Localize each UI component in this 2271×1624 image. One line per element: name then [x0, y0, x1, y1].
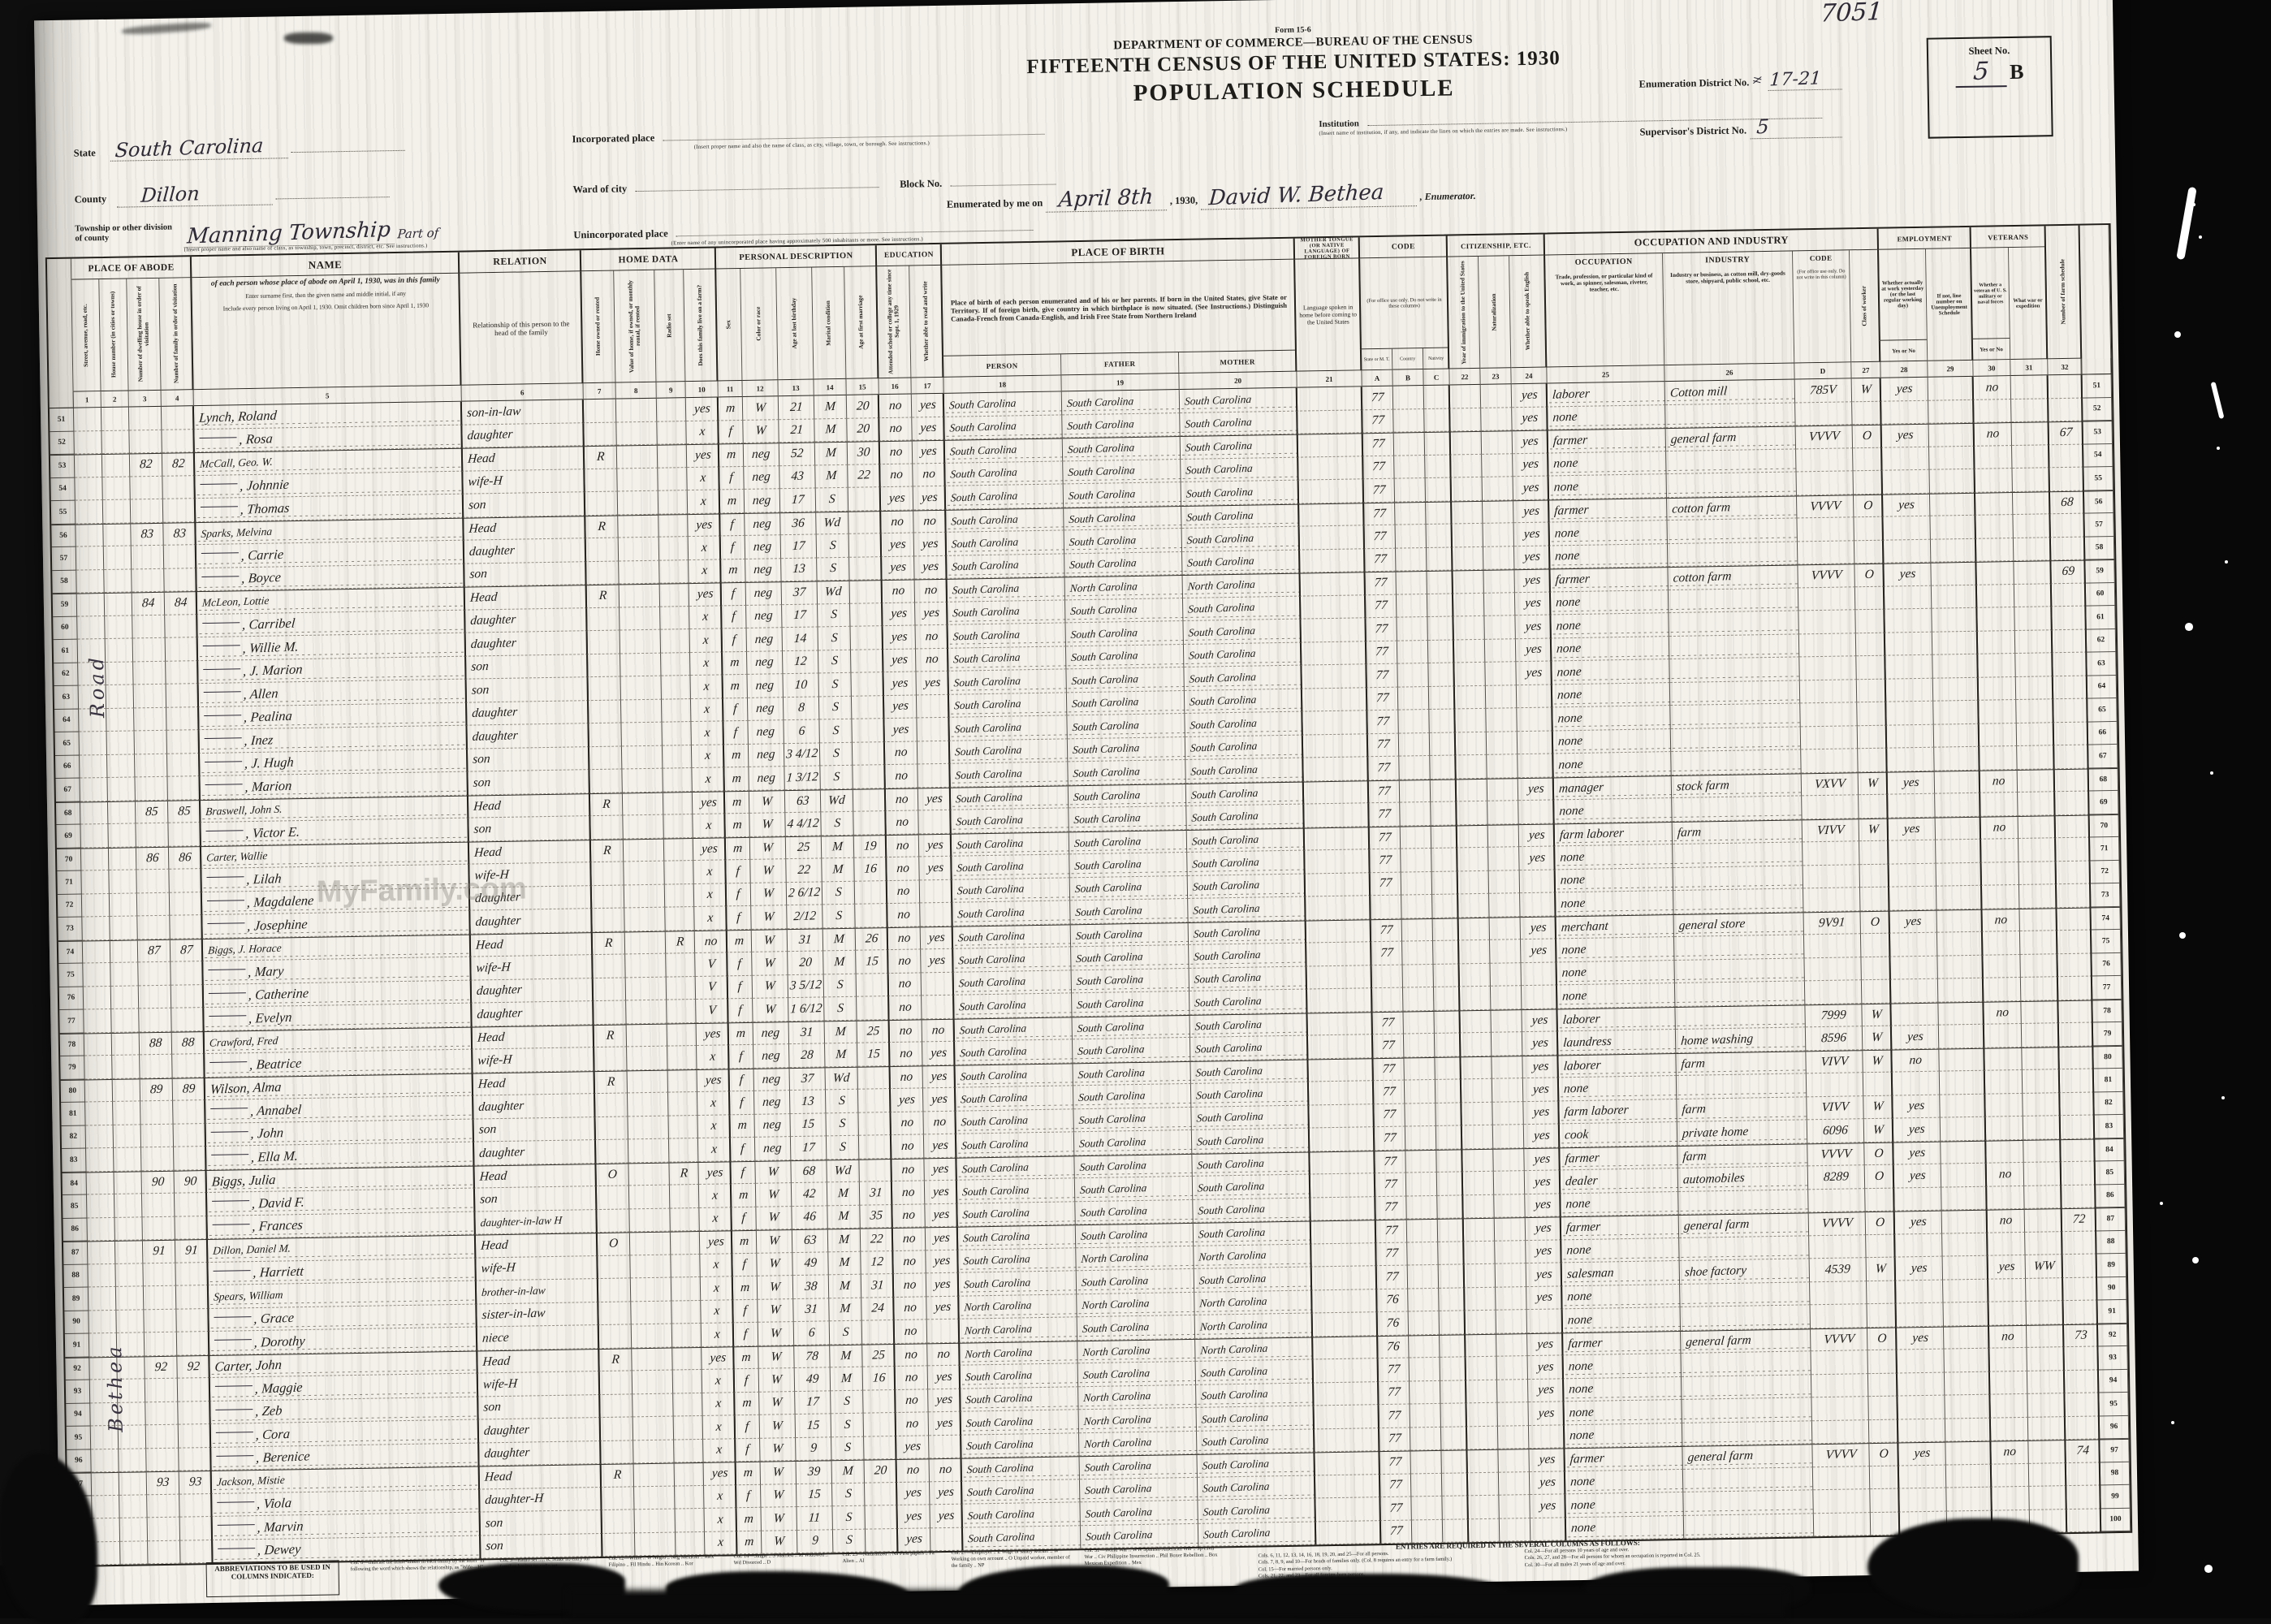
cell-st: [83, 963, 110, 987]
cell-mar: S: [818, 627, 851, 650]
cell-nat: [1487, 732, 1518, 755]
handwritten-value: South Carolina: [952, 605, 1020, 620]
handwritten-value: 20: [798, 955, 812, 970]
cell-mar: S: [821, 812, 853, 836]
handwritten-value: none: [1567, 1289, 1592, 1305]
cell-unemp: [1936, 816, 1981, 840]
cell-sch: yes: [895, 1436, 929, 1459]
cell-dw: 84: [132, 592, 165, 615]
handwritten-value: 77: [1384, 1200, 1398, 1216]
cell-fam: [178, 1401, 210, 1424]
handwritten-value: f: [732, 586, 736, 601]
cell-cA: [1371, 965, 1403, 988]
cell-bp: South Carolina: [948, 739, 1068, 764]
handwritten-value: f: [736, 864, 740, 879]
cell-fs: [2062, 1254, 2097, 1277]
handwritten-value: R: [613, 1468, 622, 1483]
handwritten-value: South Carolina: [1073, 788, 1140, 804]
cell-farm: x: [701, 1300, 733, 1324]
handwritten-value: , Annabel: [250, 1101, 302, 1119]
cell-sch: no: [881, 579, 915, 603]
cell-fam: [164, 568, 196, 592]
ditto-line: [205, 737, 242, 739]
cell-bf: South Carolina: [1067, 714, 1185, 739]
cell-fs: [2055, 884, 2091, 908]
cell-aam: [853, 788, 886, 812]
cell-unemp: [1932, 585, 1977, 608]
cell-race: neg: [747, 628, 783, 651]
handwritten-value: South Carolina: [967, 1507, 1034, 1522]
cell-bp: South Carolina: [946, 600, 1065, 625]
cell-vet: [1983, 1024, 2022, 1047]
cell-mar: M: [830, 1344, 862, 1367]
cell-work: [1889, 979, 1938, 1003]
cell-farm: V: [696, 976, 728, 1000]
cell-cB: [1409, 1334, 1440, 1358]
cell-unemp: [1945, 1395, 1990, 1419]
cell-mar: S: [831, 1414, 864, 1437]
cell-imm: [1449, 385, 1481, 408]
handwritten-value: 12: [793, 654, 807, 670]
cell-nat: [1483, 523, 1514, 546]
cell-own: O: [594, 1163, 628, 1186]
cell-vet: [1975, 585, 2014, 608]
cell-sex: f: [729, 1160, 755, 1184]
cell-lang: [1304, 896, 1371, 920]
cell-race: W: [759, 1392, 795, 1415]
handwritten-value: f: [738, 979, 743, 994]
handwritten-value: m: [728, 563, 738, 577]
handwritten-value: M: [826, 469, 837, 483]
cell-fam: 93: [179, 1471, 212, 1494]
handwritten-value: 93: [188, 1475, 202, 1490]
cell-bm: North Carolina: [1194, 1290, 1312, 1315]
handwritten-value: 77: [1388, 1455, 1402, 1471]
handwritten-value: M: [840, 1371, 852, 1386]
unincorporated-label: Unincorporated place: [573, 227, 668, 240]
cell-farm: x: [686, 421, 719, 444]
handwritten-value: yes: [1524, 596, 1541, 611]
handwritten-value: 77: [1371, 437, 1385, 452]
cell-val: [627, 1023, 667, 1047]
cell-farm: x: [704, 1508, 736, 1531]
cell-vet: no: [1972, 376, 2011, 400]
cell-race: neg: [749, 767, 784, 790]
handwritten-value: none: [1554, 525, 1579, 541]
cell-code: 4539: [1810, 1258, 1867, 1282]
cell-ind: [1681, 1351, 1811, 1376]
cell-aam: [863, 1389, 896, 1413]
cell-cA: 76: [1375, 1289, 1408, 1312]
cell-val: [626, 1000, 667, 1024]
handwritten-value: S: [838, 1094, 845, 1108]
cell-age: 21: [779, 419, 814, 443]
cell-bm: South Carolina: [1191, 1105, 1309, 1130]
cell-cA: 77: [1362, 456, 1394, 479]
cell-rw: yes: [925, 1181, 957, 1204]
handwritten-value: daughter: [467, 427, 513, 443]
handwritten-value: 77: [1389, 1524, 1403, 1540]
cell-val: [622, 745, 663, 769]
cell-fam: 89: [173, 1078, 205, 1101]
cell-fs: [2065, 1485, 2100, 1509]
column-number: 28: [1880, 361, 1928, 378]
handwritten-value: f: [740, 1142, 745, 1156]
cell-cls: W: [1852, 378, 1881, 402]
handwritten-value: R: [602, 797, 611, 811]
handwritten-value: South Carolina: [1195, 1064, 1263, 1079]
cell-vet: no: [1988, 1324, 2027, 1348]
cell-occ: none: [1548, 520, 1667, 546]
cell-sch: no: [887, 996, 922, 1019]
cell-code: 7999: [1805, 1004, 1862, 1028]
col25-desc: Trade, profession, or particular kind of…: [1550, 272, 1657, 293]
cell-war: [2018, 769, 2055, 793]
cell-imm: [1465, 1357, 1497, 1380]
cell-vet: [1988, 1371, 2027, 1394]
county-value: Dillon: [116, 182, 273, 208]
line-number-left: 80: [61, 1079, 85, 1103]
handwritten-value: none: [1570, 1497, 1595, 1513]
cell-work: [1885, 678, 1933, 702]
cell-imm: [1459, 1056, 1492, 1079]
cell-dw: [136, 823, 168, 847]
handwritten-value: none: [1570, 1521, 1595, 1536]
cell-ind: Cotton mill: [1665, 379, 1795, 404]
handwritten-value: x: [707, 910, 714, 925]
cell-cC: [1431, 848, 1457, 871]
handwritten-value: x: [703, 656, 710, 671]
handwritten-value: M: [835, 1047, 847, 1062]
cell-sch: no: [883, 764, 917, 788]
cell-bf: South Carolina: [1069, 806, 1186, 831]
cell-war: [2024, 1162, 2062, 1186]
handwritten-value: yes: [934, 1276, 951, 1292]
cell-work: [1898, 1488, 1946, 1512]
cell-age: 38: [793, 1275, 829, 1298]
cell-sch: no: [878, 395, 912, 418]
col28-sub: Yes or No: [1879, 340, 1928, 362]
cell-war: [2014, 538, 2051, 561]
cell-vet: [1973, 469, 2012, 492]
cell-hn: [108, 823, 136, 847]
cell-occ: laborer: [1556, 1007, 1675, 1032]
cell-nat: [1496, 1310, 1527, 1333]
cell-cB: [1404, 1034, 1435, 1057]
handwritten-value: f: [745, 1373, 749, 1388]
column-number: 15: [846, 378, 879, 395]
cell-cls: O: [1860, 910, 1889, 934]
line-number-left: 84: [63, 1172, 87, 1195]
cell-fs: [2053, 792, 2089, 815]
line-number-left: 79: [60, 1056, 84, 1080]
cell-cls: O: [1865, 1165, 1894, 1189]
handwritten-value: none: [1563, 1081, 1588, 1096]
cell-imm: [1466, 1449, 1498, 1473]
handwritten-value: x: [715, 1373, 721, 1388]
cell-aam: [853, 811, 886, 835]
handwritten-value: yes: [919, 398, 936, 413]
handwritten-value: yes: [707, 1235, 724, 1250]
cell-fs: [2058, 1092, 2094, 1116]
cell-unemp: [1930, 516, 1975, 539]
cell-aam: [855, 881, 887, 905]
cell-age: 9: [797, 1530, 833, 1553]
handwritten-value: 77: [1385, 1269, 1399, 1285]
handwritten-value: Wilson, Alma: [209, 1078, 282, 1097]
handwritten-value: 77: [1387, 1385, 1401, 1401]
cell-occ: none: [1557, 1076, 1677, 1101]
cell-bf: South Carolina: [1077, 1269, 1194, 1294]
handwritten-value: m: [730, 679, 740, 693]
handwritten-value: South Carolina: [1074, 880, 1142, 896]
handwritten-value: South Carolina: [1078, 1112, 1146, 1127]
cell-rel: son: [467, 816, 590, 841]
cell-hn: [106, 638, 133, 662]
handwritten-value: South Carolina: [961, 1160, 1029, 1176]
cell-age: 28: [789, 1043, 825, 1067]
handwritten-value: O: [1870, 914, 1880, 929]
cell-radio: R: [666, 931, 695, 954]
handwritten-value: , Evelyn: [248, 1009, 293, 1027]
cell-bp: South Carolina: [944, 484, 1064, 509]
col20-header: MOTHER: [1179, 351, 1297, 374]
col26-title: INDUSTRY: [1705, 255, 1750, 265]
cell-mar: S: [831, 1390, 863, 1414]
cell-sex: m: [732, 1276, 758, 1300]
cell-bm: South Carolina: [1185, 712, 1302, 737]
cell-fam: [176, 1309, 209, 1332]
handwritten-value: South Carolina: [1079, 1181, 1146, 1197]
cell-bf: South Carolina: [1078, 1362, 1196, 1387]
cell-bp: South Carolina: [956, 1248, 1076, 1273]
cell-dw: [136, 870, 169, 893]
column-number: 31: [2010, 359, 2048, 376]
handwritten-value: f: [730, 517, 735, 532]
cell-code: [1803, 865, 1860, 889]
handwritten-value: South Carolina: [1188, 601, 1255, 616]
handwritten-value: f: [732, 609, 736, 624]
cell-sex: m: [735, 1508, 761, 1531]
column-number: 9: [656, 382, 685, 399]
col18-header: PERSON: [942, 354, 1061, 377]
handwritten-value: South Carolina: [1200, 1364, 1267, 1380]
cell-bf: South Carolina: [1064, 506, 1181, 531]
handwritten-value: North Carolina: [1081, 1250, 1149, 1266]
handwritten-value: Head: [468, 520, 497, 536]
cell-sex: m: [728, 1114, 754, 1138]
cell-sex: f: [726, 952, 752, 976]
handwritten-value: South Carolina: [1191, 832, 1259, 848]
cell-own: [585, 561, 619, 585]
cell-aam: [848, 487, 881, 511]
handwritten-value: 3 4/12: [785, 746, 818, 762]
handwritten-value: M: [839, 1255, 850, 1270]
cell-own: [597, 1278, 631, 1302]
cell-age: 31: [789, 1021, 825, 1044]
handwritten-value: South Carolina: [955, 744, 1022, 759]
cell-fam: [163, 499, 196, 522]
cell-cA: 77: [1367, 803, 1400, 827]
cell-fs: [2054, 838, 2090, 862]
cell-mar: S: [826, 1090, 858, 1113]
handwritten-value: no: [899, 1046, 913, 1061]
column-number: 1: [74, 391, 101, 408]
cell-cls: [1859, 841, 1889, 865]
cell-sch: yes: [896, 1505, 930, 1528]
cell-bp: South Carolina: [947, 646, 1066, 672]
cell-st: [80, 732, 107, 755]
cell-race: neg: [754, 1114, 790, 1138]
handwritten-value: , Pealina: [244, 708, 293, 726]
handwritten-value: South Carolina: [1193, 901, 1260, 917]
cell-st: [80, 754, 107, 778]
cell-sex: f: [720, 582, 746, 606]
cell-unemp: [1942, 1210, 1988, 1233]
cell-eng: yes: [1528, 1355, 1564, 1379]
cell-rel: daughter: [465, 701, 589, 726]
cell-race: W: [753, 998, 788, 1021]
handwritten-value: f: [746, 1488, 751, 1503]
cell-cC: [1431, 825, 1457, 849]
handwritten-value: 86: [178, 850, 192, 866]
handwritten-value: Spears, William: [214, 1288, 284, 1303]
cell-sch: no: [879, 440, 913, 464]
cell-bm: South Carolina: [1181, 503, 1299, 529]
cell-vet: [1976, 654, 2015, 677]
cell-bm: South Carolina: [1184, 666, 1302, 691]
cell-cB: [1409, 1311, 1440, 1335]
line-number-right: 71: [2088, 837, 2119, 861]
cell-war: [2019, 884, 2057, 908]
ditto-line: [217, 1501, 254, 1503]
cell-code: [1811, 1397, 1868, 1421]
cell-cA: 77: [1375, 1266, 1408, 1289]
cell-occ: farmer: [1563, 1446, 1682, 1471]
cell-ind: [1684, 1514, 1814, 1539]
handwritten-value: W: [1867, 822, 1879, 836]
ditto-line: [218, 1524, 255, 1526]
handwritten-value: yes: [1905, 914, 1922, 930]
handwritten-value: son: [469, 567, 488, 582]
cell-imm: [1453, 639, 1485, 663]
cell-sch: no: [888, 1019, 922, 1043]
cell-eng: yes: [1528, 1379, 1564, 1402]
handwritten-value: VIVV: [1816, 823, 1845, 838]
cell-cC: [1434, 1010, 1460, 1034]
cell-bp: South Carolina: [954, 1109, 1073, 1134]
cell-cls: [1867, 1281, 1896, 1304]
cell-farm: x: [705, 1531, 737, 1555]
ink-smudge-6: [1867, 1518, 2079, 1616]
cell-unemp: [1933, 677, 1979, 701]
handwritten-value: x: [703, 679, 710, 693]
cell-radio: [671, 1300, 701, 1324]
cell-mar: Wd: [825, 1066, 857, 1090]
handwritten-value: 1 6/12: [790, 1001, 822, 1017]
handwritten-value: no: [889, 421, 903, 437]
cell-fam: 85: [168, 800, 201, 823]
cell-race: neg: [745, 489, 780, 512]
cell-rel: Head: [469, 932, 593, 957]
handwritten-value: South Carolina: [1066, 395, 1133, 410]
handwritten-value: son: [486, 1539, 504, 1554]
cell-work: yes: [1882, 563, 1931, 586]
cell-bf: South Carolina: [1080, 1477, 1198, 1502]
cell-cA: 77: [1361, 387, 1393, 410]
handwritten-value: yes: [891, 629, 908, 645]
cell-bp: South Carolina: [954, 1086, 1073, 1111]
handwritten-value: South Carolina: [1197, 1156, 1264, 1172]
cell-war: [2026, 1301, 2063, 1324]
cell-cls: O: [1853, 425, 1882, 448]
handwritten-value: 86: [145, 851, 159, 866]
cell-war: WW: [2026, 1255, 2063, 1278]
cell-farm: x: [703, 1415, 736, 1439]
handwritten-value: Lynch, Roland: [198, 407, 277, 425]
handwritten-value: South Carolina: [1198, 1272, 1266, 1287]
cell-bp: South Carolina: [955, 1155, 1074, 1181]
cell-lang: [1306, 1034, 1373, 1059]
ink-smudge-7: [568, 1590, 1786, 1618]
handwritten-value: f: [742, 1257, 747, 1272]
cell-unemp: [1943, 1279, 1988, 1302]
cell-farm: x: [703, 1439, 736, 1462]
handwritten-value: 77: [1377, 760, 1391, 775]
handwritten-value: no: [895, 768, 909, 784]
handwritten-value: 73: [2074, 1328, 2088, 1343]
cell-bp: South Carolina: [953, 1063, 1073, 1088]
handwritten-value: yes: [1896, 382, 1913, 397]
cell-farm: x: [697, 1045, 729, 1069]
cell-sex: f: [733, 1369, 759, 1393]
handwritten-value: S: [833, 770, 840, 784]
cell-cB: [1403, 1010, 1434, 1034]
handwritten-value: South Carolina: [1185, 486, 1253, 501]
cell-occ: none: [1562, 1354, 1682, 1379]
handwritten-value: 36: [792, 516, 805, 531]
column-number: 2: [101, 391, 129, 408]
handwritten-value: yes: [1528, 827, 1545, 843]
handwritten-value: 77: [1379, 945, 1393, 961]
cell-own: [582, 400, 616, 423]
cell-dw: [143, 1263, 175, 1286]
handwritten-value: yes: [1531, 1035, 1548, 1051]
cell-occ: none: [1548, 544, 1668, 569]
cell-cB: [1396, 571, 1427, 594]
handwritten-value: no: [896, 861, 910, 876]
enumerated-prefix: Enumerated by me on: [947, 197, 1043, 210]
handwritten-value: O: [1874, 1168, 1884, 1183]
enumerator-name: David W. Bethea: [1201, 181, 1417, 209]
col11-header: Sex: [726, 317, 733, 331]
cell-mar: S: [818, 650, 851, 673]
cell-lang: [1312, 1382, 1379, 1406]
cell-work: [1888, 887, 1936, 910]
cell-sch: yes: [882, 625, 916, 649]
cell-bf: South Carolina: [1064, 552, 1182, 577]
colC-header: Nativity: [1423, 348, 1449, 370]
cell-bp: South Carolina: [948, 715, 1067, 741]
cell-dw: [141, 1147, 174, 1171]
cell-lang: [1300, 641, 1366, 666]
cell-code: VVVV: [1811, 1328, 1867, 1352]
cell-nat: [1492, 1102, 1523, 1125]
cell-age: 6: [784, 719, 819, 743]
handwritten-value: farmer: [1565, 1220, 1600, 1235]
handwritten-value: yes: [1898, 498, 1915, 513]
cell-race: W: [761, 1484, 797, 1508]
